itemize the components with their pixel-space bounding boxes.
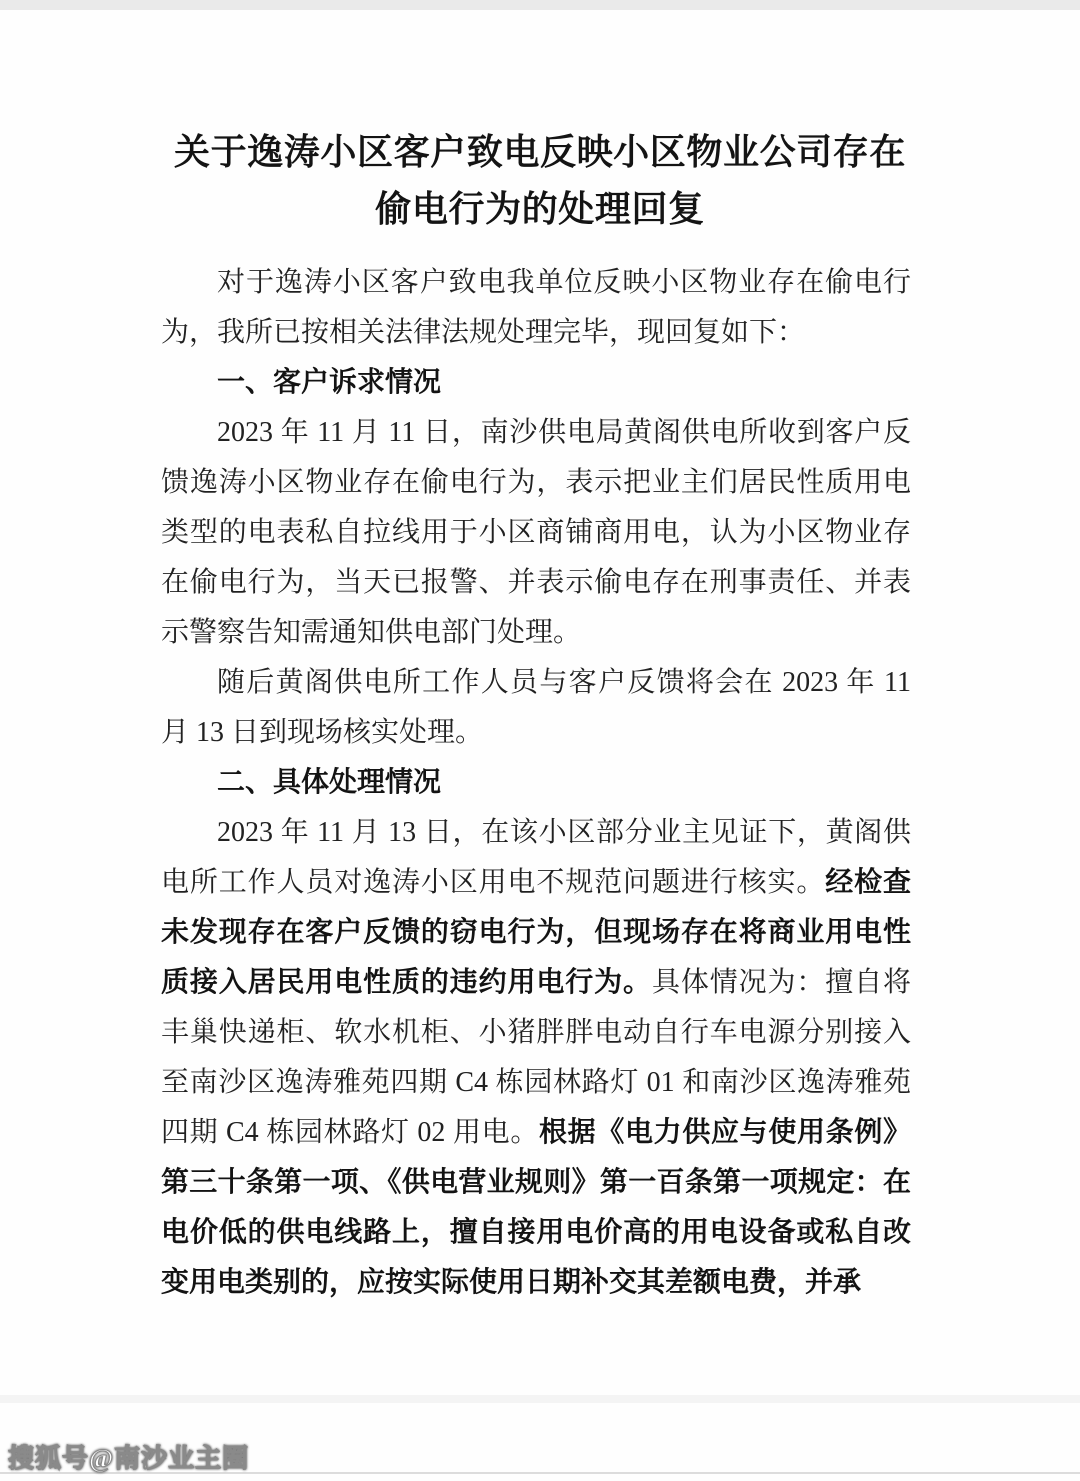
text-segment: 对于逸涛小区客户致电我单位反映小区物业存在偷电行为，我所已按相关法律法规处理完毕… [161,267,911,348]
text-segment: 2023 年 11 月 13 日，在该小区部分业主见证下，黄阁供电所工作人员对逸… [161,817,911,898]
sohu-watermark: 搜狐号@南沙业主圈 [8,1438,249,1475]
text-segment: 二、具体处理情况 [217,767,441,798]
paragraph: 2023 年 11 月 13 日，在该小区部分业主见证下，黄阁供电所工作人员对逸… [161,808,911,1308]
scan-artifact-band [0,1395,1080,1403]
document-title-line-1: 关于逸涛小区客户致电反映小区物业公司存在 [0,124,1080,181]
text-segment: 随后黄阁供电所工作人员与客户反馈将会在 2023 年 11 月 13 日到现场核… [161,667,911,748]
paragraph: 随后黄阁供电所工作人员与客户反馈将会在 2023 年 11 月 13 日到现场核… [161,658,911,758]
paragraph: 2023 年 11 月 11 日，南沙供电局黄阁供电所收到客户反馈逸涛小区物业存… [161,408,911,658]
scan-artifact-top-strip [0,0,1080,10]
document-page: 关于逸涛小区客户致电反映小区物业公司存在 偷电行为的处理回复 对于逸涛小区客户致… [0,0,1080,1481]
section-heading: 二、具体处理情况 [161,758,911,808]
text-segment: 2023 年 11 月 11 日，南沙供电局黄阁供电所收到客户反馈逸涛小区物业存… [161,417,911,648]
paragraph: 对于逸涛小区客户致电我单位反映小区物业存在偷电行为，我所已按相关法律法规处理完毕… [161,258,911,358]
document-title: 关于逸涛小区客户致电反映小区物业公司存在 偷电行为的处理回复 [0,124,1080,238]
section-heading: 一、客户诉求情况 [161,358,911,408]
document-body: 对于逸涛小区客户致电我单位反映小区物业存在偷电行为，我所已按相关法律法规处理完毕… [161,258,911,1308]
document-title-line-2: 偷电行为的处理回复 [0,181,1080,238]
text-segment: 一、客户诉求情况 [217,367,441,398]
